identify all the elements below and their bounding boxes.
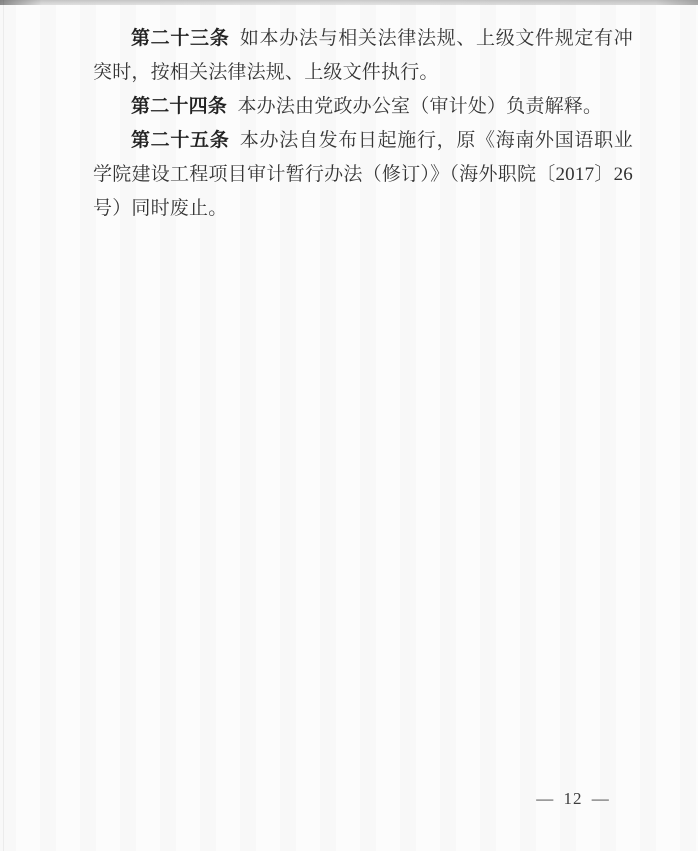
scanned-document-page: { "document": { "paragraphs": [ { "headi… — [0, 0, 698, 851]
paragraph-article-25: 第二十五条本办法自发布日起施行，原《海南外国语职业学院建设工程项目审计暂行办法（… — [93, 124, 633, 226]
page-number: — 12 — — [528, 789, 618, 809]
article-24-number: 第二十四条 — [131, 96, 237, 117]
article-24-text: 本办法由党政办公室（审计处）负责解释。 — [237, 96, 602, 117]
scan-artifact-line — [3, 0, 4, 851]
article-23-number: 第二十三条 — [131, 28, 240, 49]
paragraph-article-23: 第二十三条如本办法与相关法律法规、上级文件规定有冲突时，按相关法律法规、上级文件… — [93, 22, 633, 90]
document-body: 第二十三条如本办法与相关法律法规、上级文件规定有冲突时，按相关法律法规、上级文件… — [93, 22, 633, 226]
article-25-number: 第二十五条 — [131, 130, 240, 151]
scan-edge-top — [0, 0, 698, 5]
paragraph-article-24: 第二十四条本办法由党政办公室（审计处）负责解释。 — [93, 90, 633, 124]
